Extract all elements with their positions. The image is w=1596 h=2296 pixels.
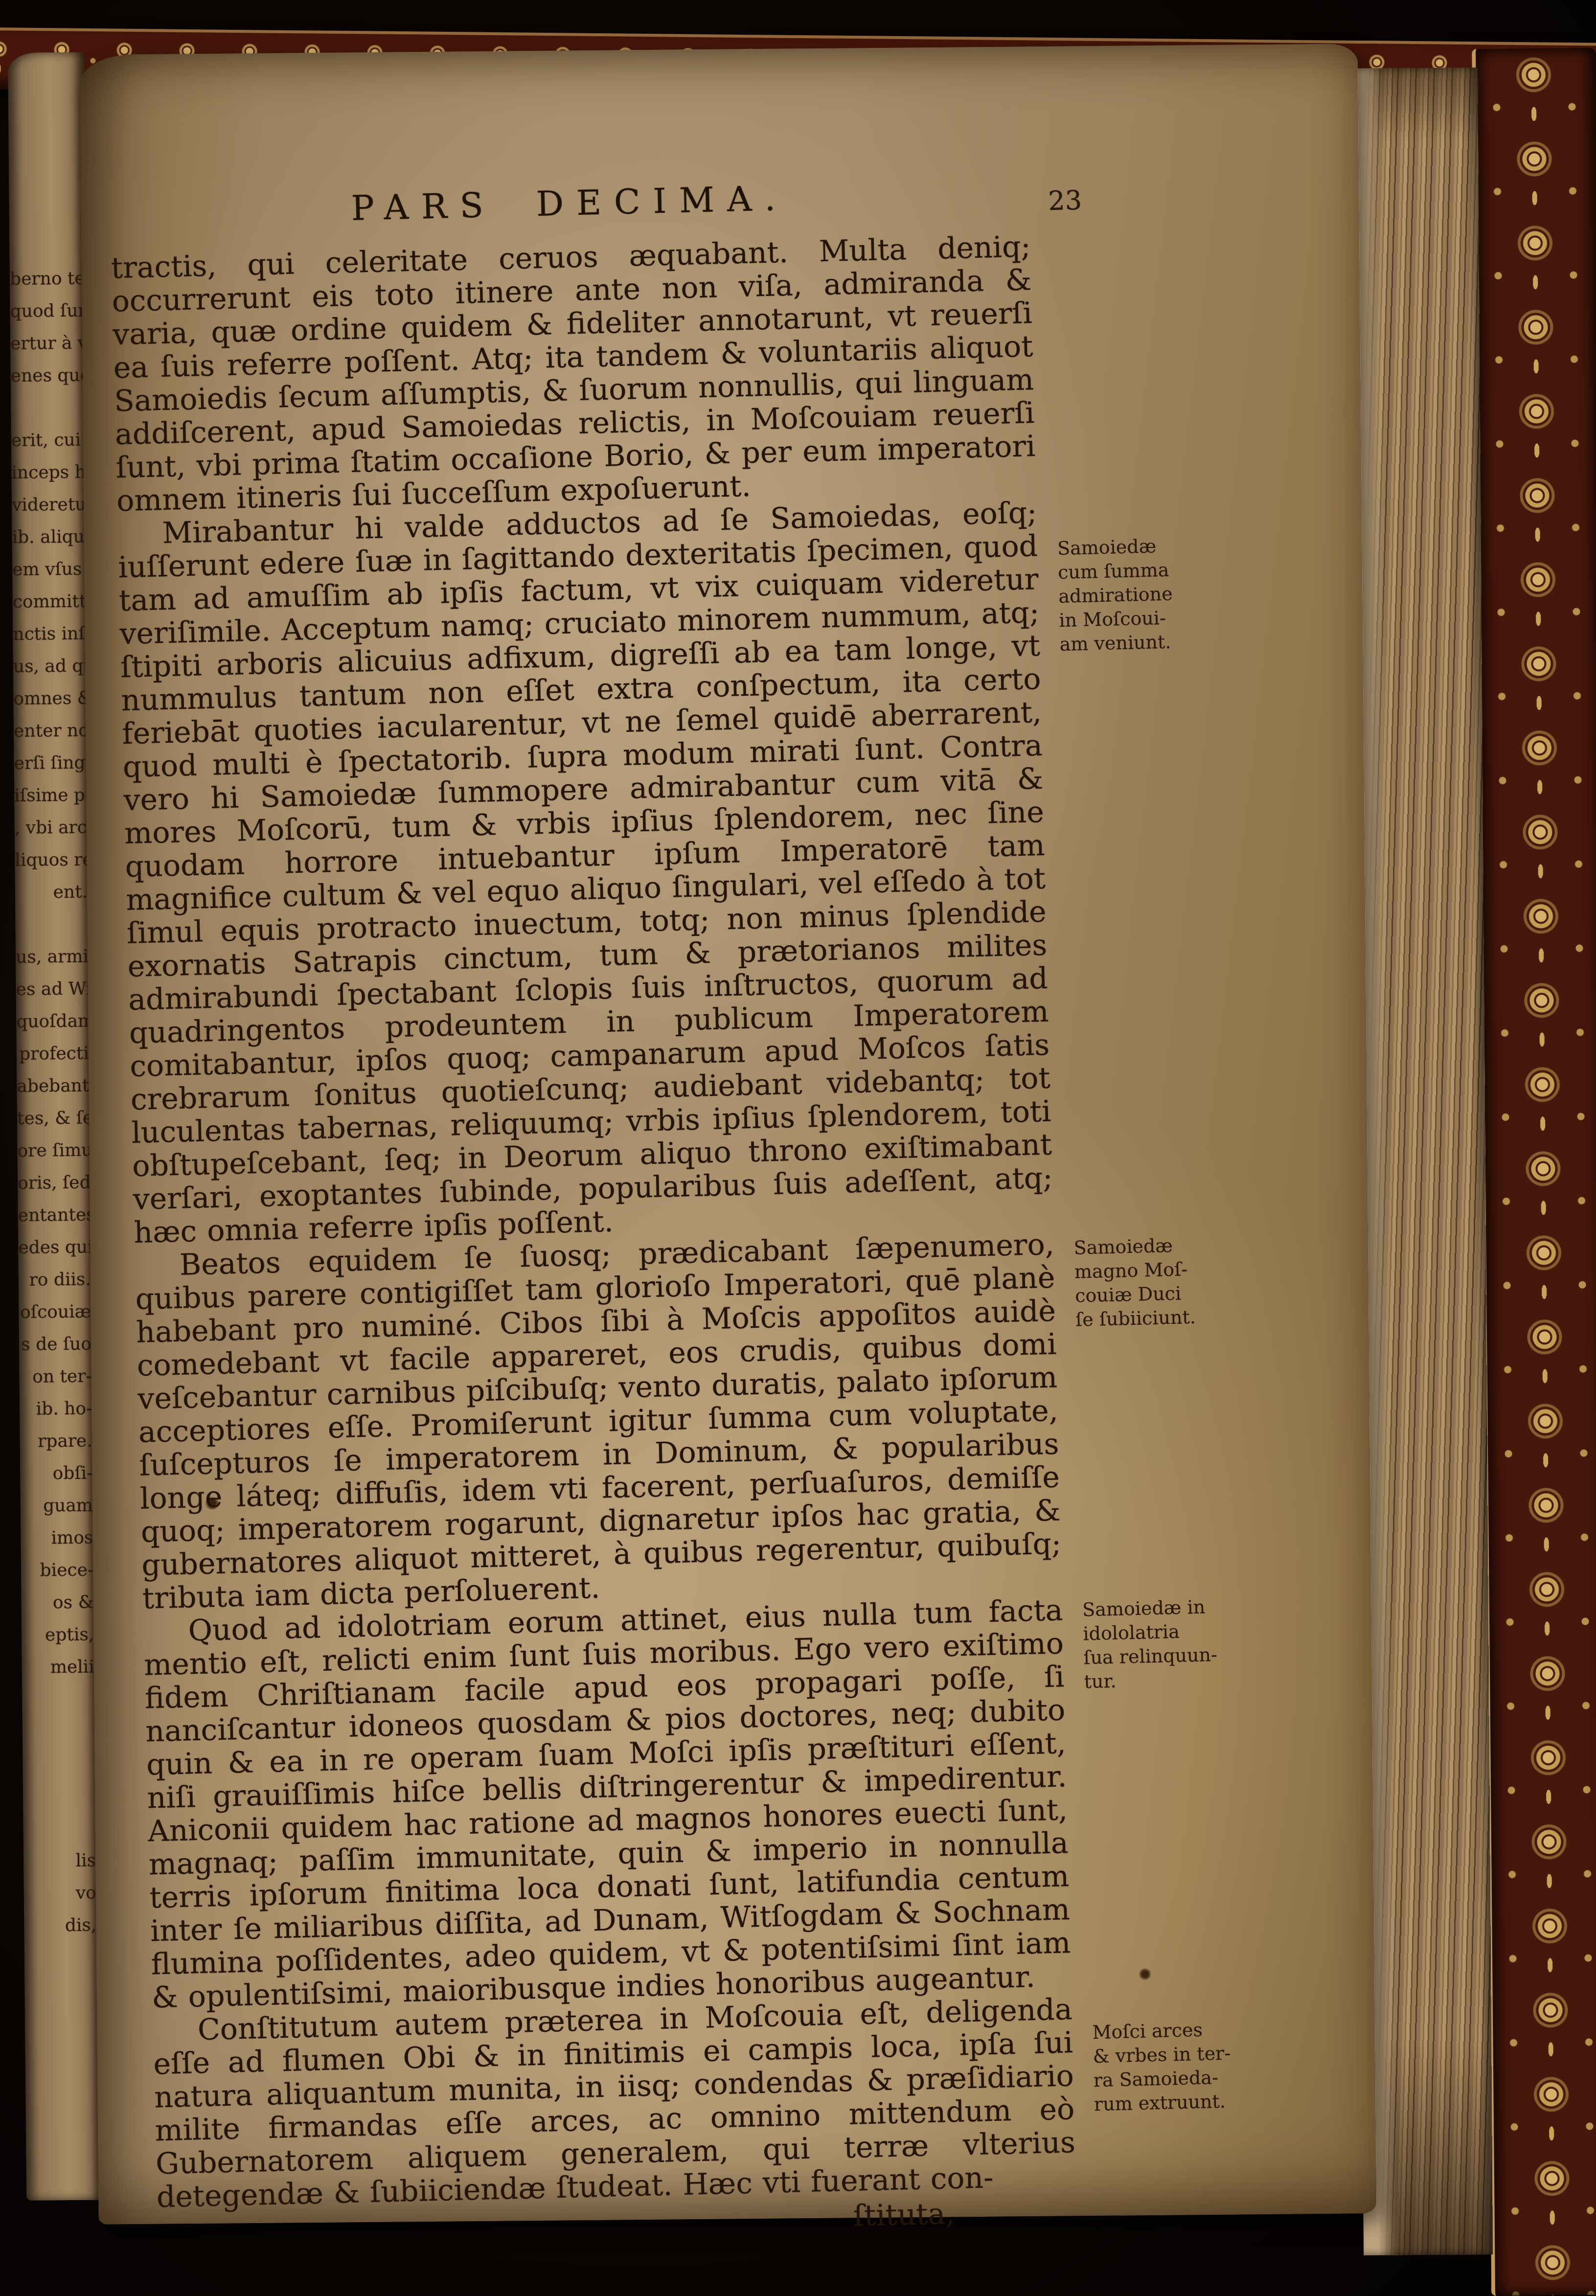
prev-page-fragment: melii	[22, 1651, 99, 1684]
prev-page-fragment: ib. aliquot,	[12, 521, 89, 554]
prev-page-fragment: s de ſuo	[19, 1328, 96, 1361]
prev-page-fragment: abebant	[17, 1070, 93, 1103]
prev-page-fragment: erit, cui id	[11, 424, 88, 457]
prev-page-fragment: biece-	[21, 1554, 98, 1587]
prev-page-fragment: em vſus eſt,	[12, 553, 89, 586]
prev-page-fragment: berno ten	[10, 263, 87, 296]
prev-page-fragment: erſi ſingu-	[14, 747, 91, 780]
prev-page-fragment: eptis,	[22, 1619, 98, 1652]
photo-background: { "colors":{ "background":"#0a0604", "pa…	[0, 0, 1596, 2296]
margin-note: Moſci arces& vrbes in ter-ra Samoieda-ru…	[1092, 1987, 1329, 2116]
prev-page-fragment: dis,	[24, 1909, 101, 1942]
margin-note-line: rum extruunt.	[1094, 2087, 1329, 2116]
paragraph-row: tractis, qui celeritate ceruos æquabant.…	[111, 223, 1351, 518]
body-paragraph: Mirabantur hi valde adductos ad ſe Samoi…	[117, 496, 1054, 1250]
prev-page-fragment: obſi-	[20, 1457, 97, 1490]
paragraph-row: Mirabantur hi valde adductos ad ſe Samoi…	[117, 489, 1369, 1250]
page-content: PARS DECIMA. 23 tractis, qui celeritate …	[109, 165, 1391, 2214]
paragraph-row: Beatos equidem ſe ſuosq; prædicabant ſæp…	[134, 1220, 1377, 1615]
prev-page-fragment: quod ſum	[10, 295, 87, 328]
prev-page-fragment: rpare.	[20, 1425, 96, 1458]
prev-page-fragment: quoſdam	[16, 1005, 93, 1038]
prev-page-fragment	[23, 1813, 100, 1845]
prev-page-fragment: inceps ho	[11, 456, 88, 489]
prev-page-fragment: oris, ſed	[18, 1167, 94, 1200]
prev-page-fragment: imos	[21, 1522, 97, 1555]
margin-note: Samoiedæmagno Moſ-couiæ Duciſe ſubiiciun…	[1073, 1222, 1311, 1332]
prev-page-fragment: liquos re-	[15, 844, 91, 877]
running-header-row: PARS DECIMA. 23	[109, 172, 1030, 239]
page-number: 23	[1048, 185, 1082, 217]
margin-note-line: ſe ſubiiciunt.	[1075, 1302, 1311, 1332]
prev-page-fragment: us, ad quas	[13, 650, 90, 683]
prev-page-fragment: iſsime po-	[14, 779, 91, 812]
prev-page-fragment: vo	[24, 1877, 101, 1910]
paragraph-row: Quod ad idolotriam eorum attinet, eius n…	[143, 1586, 1387, 2014]
prev-page-fragment: nctis inſu-	[13, 618, 90, 651]
prev-page-fragment: ertur à viris	[10, 327, 87, 360]
margin-note-line: am veniunt.	[1059, 627, 1295, 657]
prev-page-fragment: edes qui	[18, 1231, 95, 1264]
prev-page-fragment	[22, 1683, 99, 1716]
prev-page-fragment: us, armis,	[16, 941, 92, 974]
prev-page-fragment: enter no-	[14, 715, 91, 748]
prev-page-fragment: ore ſimul	[17, 1135, 94, 1167]
margin-note: Samoiedæcum ſummaadmirationein Moſcoui-a…	[1056, 490, 1295, 657]
prev-page-fragment: , vbi arces	[15, 812, 91, 844]
prev-page-fragment: committe-	[13, 586, 90, 618]
body-paragraph: Quod ad idolotriam eorum attinet, eius n…	[143, 1593, 1072, 2014]
book-page: PARS DECIMA. 23 tractis, qui celeritate …	[80, 44, 1377, 2225]
prev-page-fragment: tes, & ſe-	[17, 1102, 94, 1135]
prev-page-fragment: entantes	[18, 1199, 94, 1232]
prev-page-fragment: videretur,	[12, 489, 89, 522]
prev-page-fragment	[23, 1780, 100, 1813]
body-paragraph: tractis, qui celeritate ceruos æquabant.…	[111, 230, 1036, 518]
prev-page-fragment	[15, 909, 92, 941]
prev-page-fragment: omnes &	[13, 682, 90, 715]
prev-page-fragment: ent.	[15, 876, 92, 909]
prev-page-fragment: oſcouiæ	[19, 1296, 95, 1329]
prev-page-fragment: ib. ho-	[20, 1393, 96, 1426]
running-header: PARS DECIMA.	[109, 172, 1029, 234]
prev-page-fragment: os &	[21, 1587, 98, 1619]
prev-page-fragment: profecti	[17, 1038, 93, 1070]
body-paragraph: Beatos equidem ſe ſuosq; prædicabant ſæp…	[134, 1228, 1062, 1615]
prev-page-fragment: guam	[21, 1490, 97, 1523]
prev-page-fragment	[11, 392, 88, 425]
prev-page-fragment	[23, 1716, 99, 1749]
paragraph-row: Conſtitutum autem præterea in Moſcouia e…	[152, 1985, 1391, 2214]
margin-note: Samoiedæ inidololatriaſua relinquun-tur.	[1082, 1588, 1319, 1694]
prev-page-fragment: ro diis.	[19, 1264, 95, 1296]
prev-page-fragment: on ter-	[19, 1361, 96, 1393]
body-paragraph: Conſtitutum autem præterea in Moſcouia e…	[152, 1993, 1076, 2214]
prev-page-fragment: lis	[23, 1844, 100, 1877]
prev-page-fragment: enes quem	[10, 360, 87, 392]
prev-page-fragment	[23, 1748, 99, 1781]
prev-page-fragment: es ad Wit-	[16, 973, 92, 1006]
